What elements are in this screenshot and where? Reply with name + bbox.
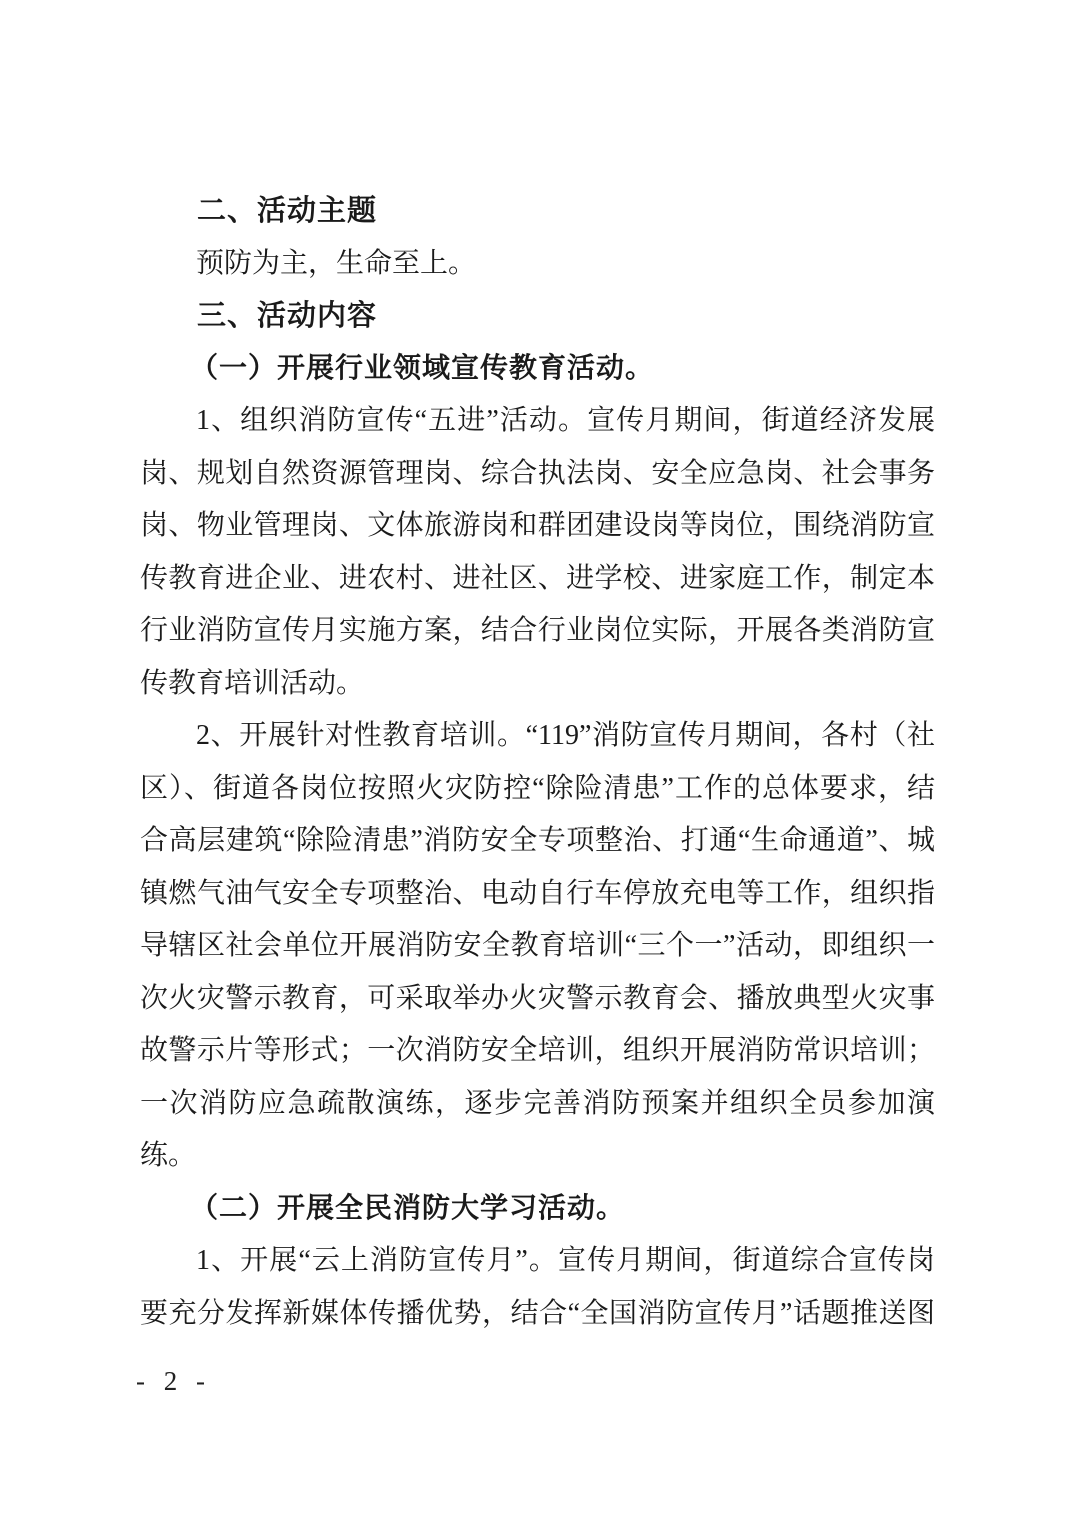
body-line: 2、开展针对性教育培训。“119”消防宣传月期间，各村（社 [140,710,935,763]
body-line: 区）、街道各岗位按照火灾防控“除险清患”工作的总体要求，结 [140,763,935,816]
body-line: 一次消防应急疏散演练，逐步完善消防预案并组织全员参加演 [140,1078,935,1131]
body-line: 岗、规划自然资源管理岗、综合执法岗、安全应急岗、社会事务 [140,448,935,501]
body-line: 导辖区社会单位开展消防安全教育培训“三个一”活动，即组织一 [140,920,935,973]
page-number: - 2 - [136,1366,211,1397]
body-line: 传教育培训活动。 [140,658,935,711]
section-heading-activity-content: 三、活动内容 [140,290,935,343]
subsection-heading-public-study: （二）开展全民消防大学习活动。 [140,1183,935,1236]
body-line: 镇燃气油气安全专项整治、电动自行车停放充电等工作，组织指 [140,868,935,921]
document-page: 二、活动主题 预防为主，生命至上。 三、活动内容 （一）开展行业领域宣传教育活动… [0,0,1074,1520]
body-line: 要充分发挥新媒体传播优势，结合“全国消防宣传月”话题推送图 [140,1288,935,1341]
body-line: 岗、物业管理岗、文体旅游岗和群团建设岗等岗位，围绕消防宣 [140,500,935,553]
body-line: 1、组织消防宣传“五进”活动。宣传月期间，街道经济发展 [140,395,935,448]
body-line: 行业消防宣传月实施方案，结合行业岗位实际，开展各类消防宣 [140,605,935,658]
body-line: 次火灾警示教育，可采取举办火灾警示教育会、播放典型火灾事 [140,973,935,1026]
body-line: 传教育进企业、进农村、进社区、进学校、进家庭工作，制定本 [140,553,935,606]
subsection-heading-industry: （一）开展行业领域宣传教育活动。 [140,343,935,396]
body-line: 故警示片等形式；一次消防安全培训，组织开展消防常识培训； [140,1025,935,1078]
theme-text: 预防为主，生命至上。 [140,238,935,291]
body-line: 1、开展“云上消防宣传月”。宣传月期间，街道综合宣传岗 [140,1235,935,1288]
body-line: 练。 [140,1130,935,1183]
body-line: 合高层建筑“除险清患”消防安全专项整治、打通“生命通道”、城 [140,815,935,868]
section-heading-activity-theme: 二、活动主题 [140,185,935,238]
document-body: 二、活动主题 预防为主，生命至上。 三、活动内容 （一）开展行业领域宣传教育活动… [140,185,935,1340]
